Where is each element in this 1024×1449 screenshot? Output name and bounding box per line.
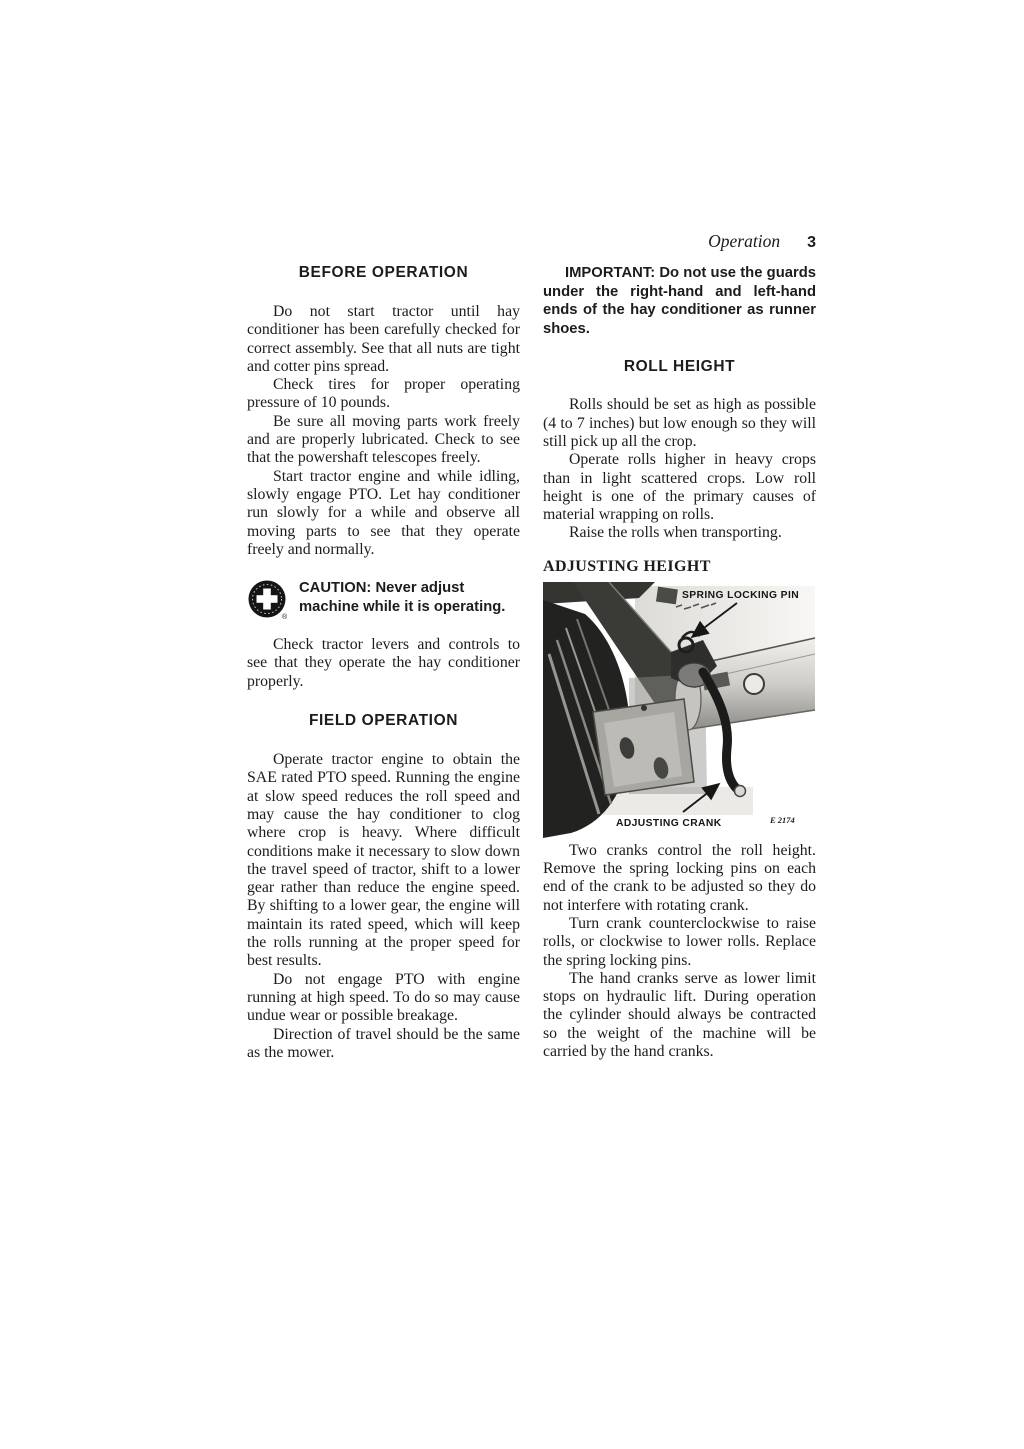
paragraph: Rolls should be set as high as possible … <box>543 396 816 451</box>
paragraph: Check tractor levers and controls to see… <box>247 636 520 691</box>
paragraph: Check tires for proper operating pressur… <box>247 376 520 413</box>
paragraph: The hand cranks serve as lower limit sto… <box>543 970 816 1061</box>
figure-label-spring-locking-pin: SPRING LOCKING PIN <box>682 590 799 601</box>
paragraph: Operate tractor engine to obtain the SAE… <box>247 751 520 971</box>
svg-text:®: ® <box>282 613 288 621</box>
caution-note: ® CAUTION: Never adjust machine while it… <box>247 578 520 621</box>
running-head: Operation 3 <box>543 231 816 252</box>
page-number: 3 <box>807 234 816 252</box>
paragraph: Two cranks control the roll height. Remo… <box>543 842 816 915</box>
heading-roll-height: ROLL HEIGHT <box>543 358 816 376</box>
figure-number: E 2174 <box>769 815 795 825</box>
figure-label-adjusting-crank: ADJUSTING CRANK <box>616 818 722 829</box>
heading-before-operation: BEFORE OPERATION <box>247 264 520 282</box>
heading-adjusting-height: ADJUSTING HEIGHT <box>543 558 816 576</box>
caution-text: CAUTION: Never adjust machine while it i… <box>299 578 520 616</box>
safety-cross-icon: ® <box>247 579 289 621</box>
paragraph: Raise the rolls when transporting. <box>543 524 816 542</box>
adjusting-height-figure: SPRING LOCKING PIN ADJUSTING CRANK E 217… <box>543 582 816 840</box>
paragraph: Operate rolls higher in heavy crops than… <box>543 451 816 524</box>
caution-label: CAUTION: <box>299 580 371 596</box>
important-label: IMPORTANT: <box>565 265 655 281</box>
paragraph: Do not engage PTO with engine running at… <box>247 971 520 1026</box>
paragraph: Do not start tractor until hay condition… <box>247 303 520 376</box>
paragraph: Turn crank counterclockwise to raise rol… <box>543 915 816 970</box>
right-column: IMPORTANT: Do not use the guards under t… <box>543 264 816 1061</box>
important-note: IMPORTANT: Do not use the guards under t… <box>543 264 816 338</box>
running-title: Operation <box>708 231 780 252</box>
left-column: BEFORE OPERATION Do not start tractor un… <box>247 264 520 1062</box>
manual-page: Operation 3 BEFORE OPERATION Do not star… <box>0 0 1024 1449</box>
paragraph: Be sure all moving parts work freely and… <box>247 413 520 468</box>
heading-field-operation: FIELD OPERATION <box>247 712 520 730</box>
paragraph: Start tractor engine and while idling, s… <box>247 468 520 559</box>
paragraph: Direction of travel should be the same a… <box>247 1026 520 1063</box>
